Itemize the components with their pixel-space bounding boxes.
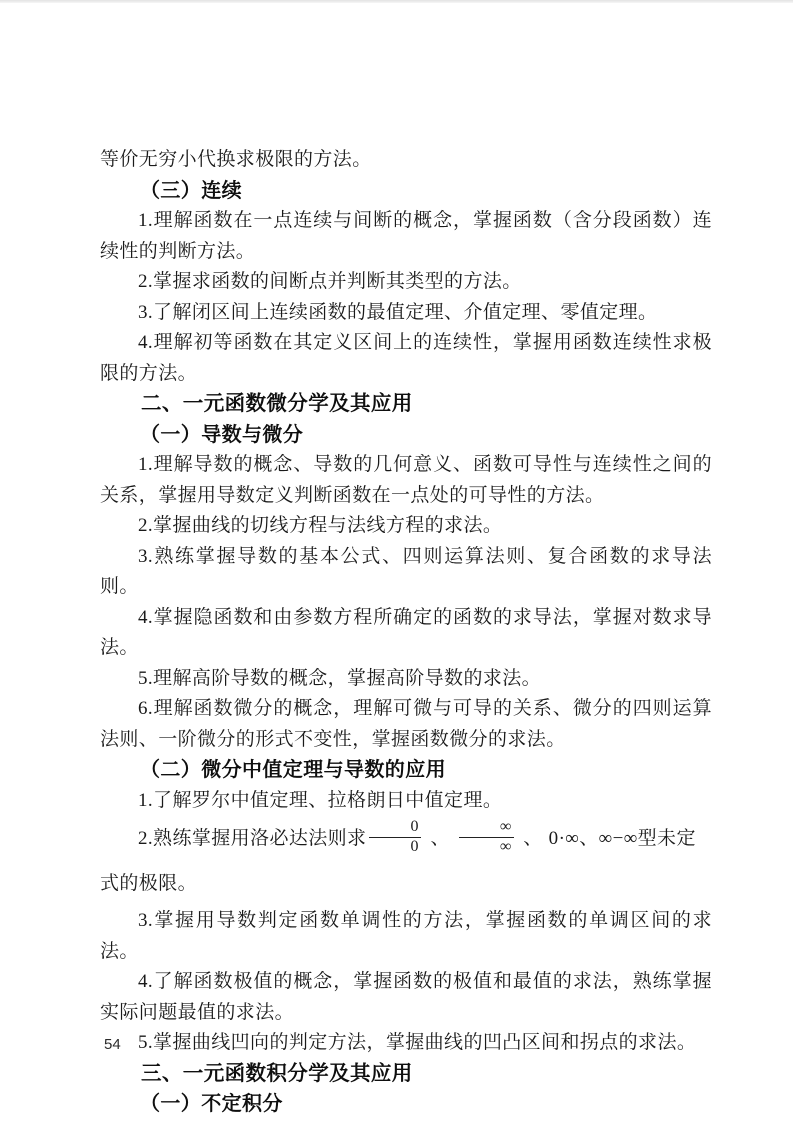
paragraph-with-formula: 2.熟练掌握用洛必达法则求00、∞∞、0·∞、∞−∞型未定式的极限。 xyxy=(100,816,712,906)
page-number: 54 xyxy=(104,1036,121,1053)
chapter-heading-differential-calculus: 二、一元函数微分学及其应用 xyxy=(100,389,712,420)
document-content: 等价无穷小代换求极限的方法。 （三）连续 1.理解函数在一点连续与间断的概念，掌… xyxy=(100,145,712,1120)
chapter-heading-integral-calculus: 三、一元函数积分学及其应用 xyxy=(100,1059,712,1090)
fraction-denominator: 0 xyxy=(369,837,421,856)
paragraph-item: 5.掌握曲线凹向的判定方法，掌握曲线的凹凸区间和拐点的求法。 xyxy=(100,1028,712,1059)
paragraph-item: 2.掌握曲线的切线方程与法线方程的求法。 xyxy=(100,511,712,542)
paragraph-item: 1.理解函数在一点连续与间断的概念，掌握函数（含分段函数）连续性的判断方法。 xyxy=(100,206,712,267)
paragraph-item: 5.理解高阶导数的概念，掌握高阶导数的求法。 xyxy=(100,664,712,695)
document-page: 等价无穷小代换求极限的方法。 （三）连续 1.理解函数在一点连续与间断的概念，掌… xyxy=(0,0,793,1122)
paragraph-item: 3.掌握用导数判定函数单调性的方法，掌握函数的单调区间的求法。 xyxy=(100,906,712,967)
indeterminate-forms-text: 0·∞、∞−∞ xyxy=(549,828,638,849)
section-heading-continuity: （三）连续 xyxy=(100,176,712,207)
enumeration-separator: 、 xyxy=(523,828,542,849)
paragraph-item: 2.掌握求函数的间断点并判断其类型的方法。 xyxy=(100,267,712,298)
paragraph-item: 1.理解导数的概念、导数的几何意义、函数可导性与连续性之间的关系，掌握用导数定义… xyxy=(100,450,712,511)
paragraph-continuation: 等价无穷小代换求极限的方法。 xyxy=(100,145,712,176)
paragraph-item: 4.了解函数极值的概念，掌握函数的极值和最值的求法，熟练掌握实际问题最值的求法。 xyxy=(100,967,712,1028)
fraction-zero-over-zero: 00 xyxy=(369,819,421,856)
section-heading-derivative-differential: （一）导数与微分 xyxy=(100,420,712,451)
fraction-denominator: ∞ xyxy=(459,837,514,856)
fraction-numerator: ∞ xyxy=(459,819,514,837)
fraction-infinity-over-infinity: ∞∞ xyxy=(459,819,514,856)
section-heading-indefinite-integral: （一）不定积分 xyxy=(100,1089,712,1120)
paragraph-item: 1.了解罗尔中值定理、拉格朗日中值定理。 xyxy=(100,786,712,817)
paragraph-item: 6.理解函数微分的概念，理解可微与可导的关系、微分的四则运算法则、一阶微分的形式… xyxy=(100,694,712,755)
scan-top-edge-shading xyxy=(0,0,793,3)
formula-prefix-text: 2.熟练掌握用洛必达法则求 xyxy=(138,828,366,849)
section-heading-mean-value-theorem: （二）微分中值定理与导数的应用 xyxy=(100,755,712,786)
paragraph-item: 3.熟练掌握导数的基本公式、四则运算法则、复合函数的求导法则。 xyxy=(100,542,712,603)
fraction-numerator: 0 xyxy=(369,819,421,837)
paragraph-item: 4.掌握隐函数和由参数方程所确定的函数的求导法，掌握对数求导法。 xyxy=(100,603,712,664)
paragraph-item: 3.了解闭区间上连续函数的最值定理、介值定理、零值定理。 xyxy=(100,298,712,329)
paragraph-item: 4.理解初等函数在其定义区间上的连续性，掌握用函数连续性求极限的方法。 xyxy=(100,328,712,389)
enumeration-separator: 、 xyxy=(430,828,449,849)
